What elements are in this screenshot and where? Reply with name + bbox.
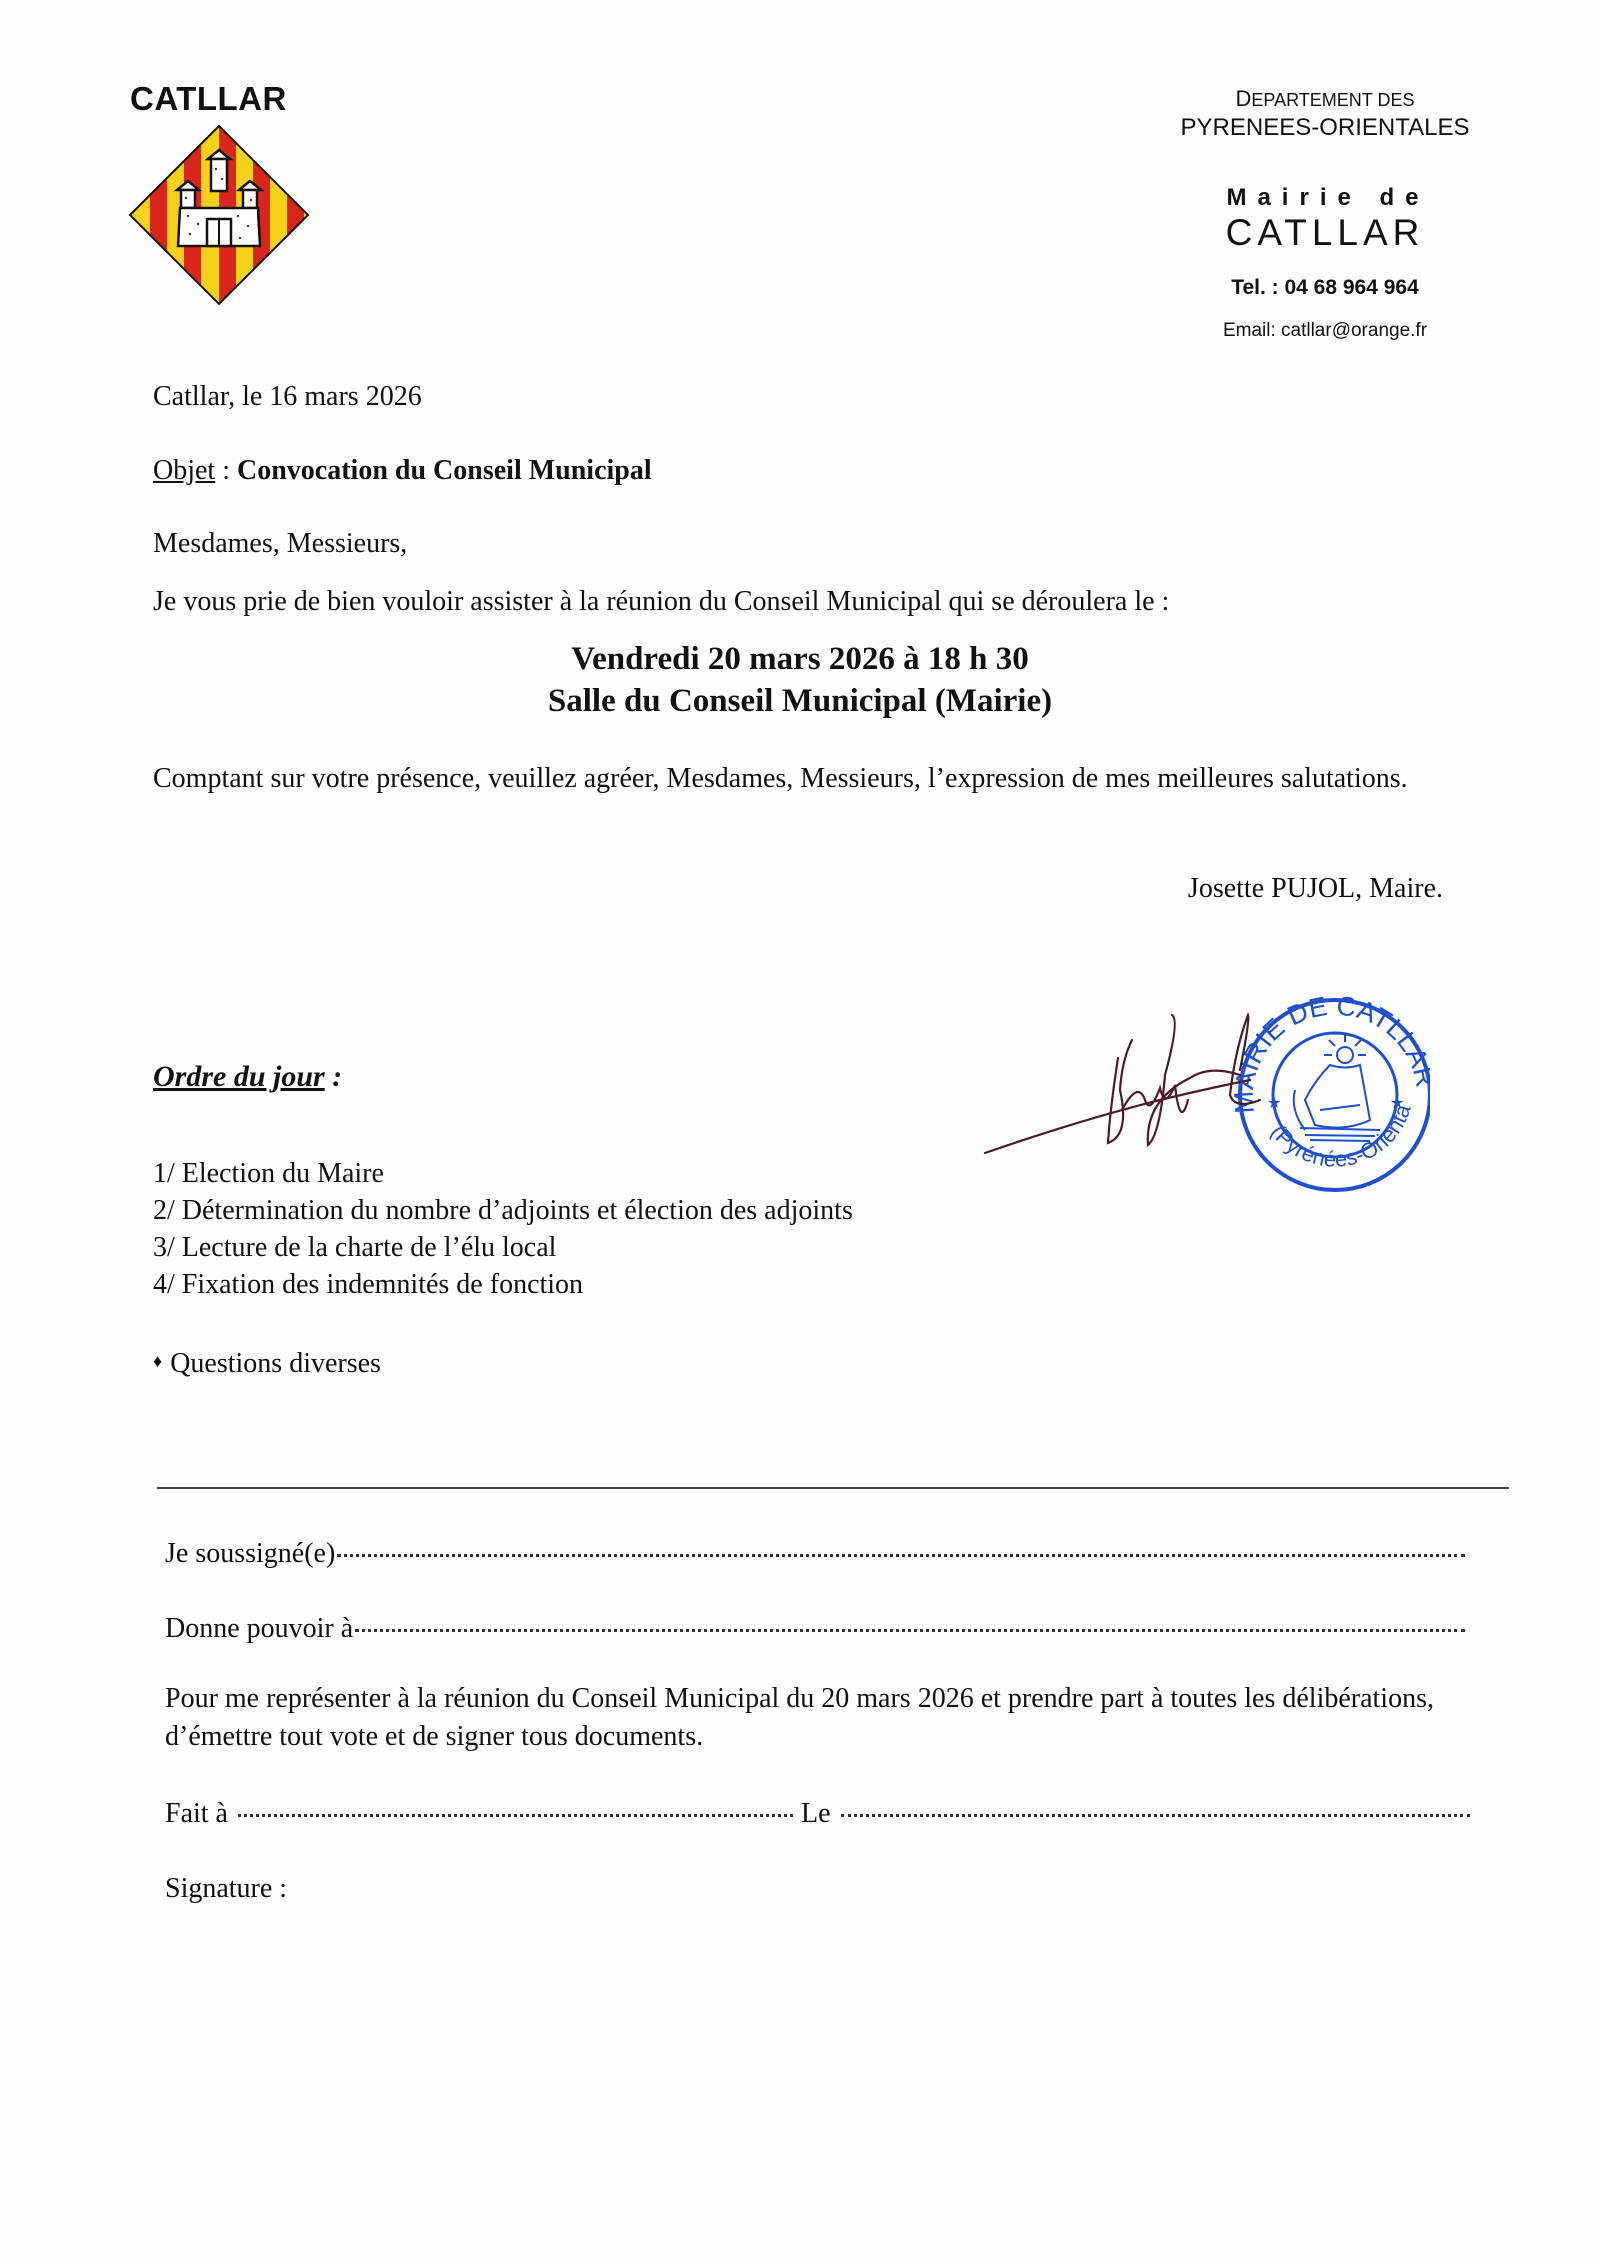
- fait-a-label: Fait à: [165, 1795, 228, 1833]
- department-line-2: PYRENEES-ORIENTALES: [1150, 114, 1500, 142]
- agenda-item: 2/ Détermination du nombre d’adjoints et…: [153, 1192, 853, 1229]
- intro-paragraph: Je vous prie de bien vouloir assister à …: [153, 583, 1169, 621]
- signature-label: Signature :: [165, 1870, 287, 1908]
- mairie-name: CATLLAR: [1150, 212, 1500, 254]
- subject-value: Convocation du Conseil Municipal: [237, 455, 652, 486]
- municipality-logo-title: CATLLAR: [130, 80, 287, 118]
- meeting-details: Vendredi 20 mars 2026 à 18 h 30 Salle du…: [300, 638, 1300, 722]
- le-label: Le: [801, 1795, 831, 1833]
- subject-label: Objet: [153, 455, 215, 486]
- agenda-item: 3/ Lecture de la charte de l’élu local: [153, 1229, 853, 1266]
- agenda-item: 4/ Fixation des indemnités de fonction: [153, 1266, 853, 1303]
- svg-text:★: ★: [1267, 1095, 1281, 1112]
- email-address: Email: catllar@orange.fr: [1150, 320, 1500, 342]
- subject-line: Objet : Convocation du Conseil Municipal: [153, 452, 652, 490]
- signer-name: Josette PUJOL, Maire.: [1000, 870, 1443, 908]
- mayor-signature: [985, 1015, 1260, 1153]
- pouvoir-label: Donne pouvoir à: [165, 1610, 353, 1648]
- agenda-title: Ordre du jour :: [153, 1060, 342, 1094]
- meeting-place: Salle du Conseil Municipal (Mairie): [300, 680, 1300, 722]
- soussigne-label: Je soussigné(e): [165, 1535, 335, 1573]
- closing-paragraph: Comptant sur votre présence, veuillez ag…: [153, 760, 1453, 798]
- agenda-questions-diverses: ♦Questions diverses: [153, 1342, 381, 1383]
- diamond-bullet-icon: ♦: [153, 1351, 162, 1371]
- agenda-item: 1/ Election du Maire: [153, 1155, 853, 1192]
- pouvoir-field[interactable]: Donne pouvoir à: [165, 1610, 1465, 1648]
- pouvoir-dotted-line[interactable]: [355, 1629, 1465, 1632]
- proxy-paragraph: Pour me représenter à la réunion du Cons…: [165, 1680, 1475, 1756]
- agenda-list: 1/ Election du Maire 2/ Détermination du…: [153, 1155, 853, 1303]
- svg-text:★: ★: [1390, 1095, 1404, 1112]
- mairie-de-label: Mairie de: [1150, 184, 1500, 212]
- section-divider: [157, 1487, 1509, 1489]
- soussigne-dotted-line[interactable]: [337, 1554, 1465, 1557]
- phone-number: Tel. : 04 68 964 964: [1150, 276, 1500, 300]
- department-line-1: DEPARTEMENT DES: [1150, 86, 1500, 112]
- date-line: Catllar, le 16 mars 2026: [153, 378, 422, 416]
- signature-and-stamp: MAIRIE DE CATLLAR (Pyrénées-Orientales) …: [960, 960, 1430, 1220]
- salutation: Mesdames, Messieurs,: [153, 525, 407, 563]
- fait-a-dotted-line[interactable]: [238, 1814, 793, 1817]
- soussigne-field[interactable]: Je soussigné(e): [165, 1535, 1465, 1573]
- catllar-coat-of-arms-icon: [128, 124, 310, 306]
- meeting-date: Vendredi 20 mars 2026 à 18 h 30: [300, 638, 1300, 680]
- place-date-fields[interactable]: Fait à Le: [165, 1795, 1470, 1833]
- le-dotted-line[interactable]: [841, 1814, 1470, 1817]
